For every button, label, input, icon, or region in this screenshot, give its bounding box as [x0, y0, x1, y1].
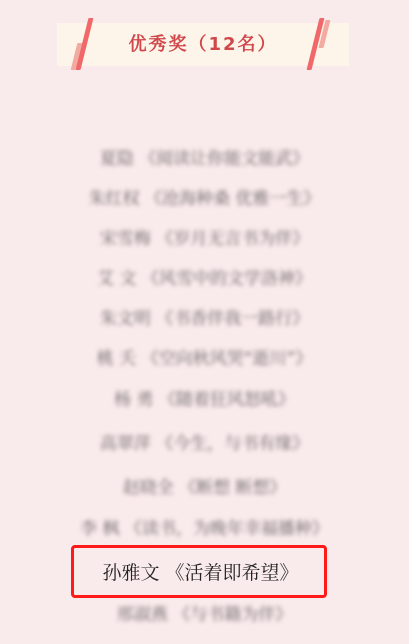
award-title: 优秀奖（12名）: [57, 23, 349, 66]
winner-row: 高翠萍 《今生，与书有缘》: [0, 429, 409, 454]
winner-row: 朱文明 《书香伴我一路行》: [0, 304, 409, 329]
winner-row: 邢淑燕 《与书籍为伴》: [0, 600, 409, 625]
winner-row: 李 枫 《读书，为晚年幸福播种》: [0, 514, 409, 539]
winner-row: 桃 夭 《空向秋风哭“逝川”》: [0, 344, 409, 369]
winner-row: 杨 勇 《随着狂风怒吼》: [0, 385, 409, 410]
winner-row: 夏隐 《阅读让你能文能武》: [0, 144, 409, 169]
winner-row: 赵晓全 《断想 断想》: [0, 473, 409, 498]
highlighted-winner-row: 孙雅文 《活着即希望》: [0, 558, 405, 585]
award-banner: 优秀奖（12名）: [57, 23, 349, 66]
winner-row: 宋雪梅 《岁月无言书为伴》: [0, 224, 409, 249]
winner-row: 朱红权 《沧海种桑 优雅一生》: [0, 184, 409, 209]
winner-row: 艾 文 《风雪中的文学洛神》: [0, 264, 409, 289]
